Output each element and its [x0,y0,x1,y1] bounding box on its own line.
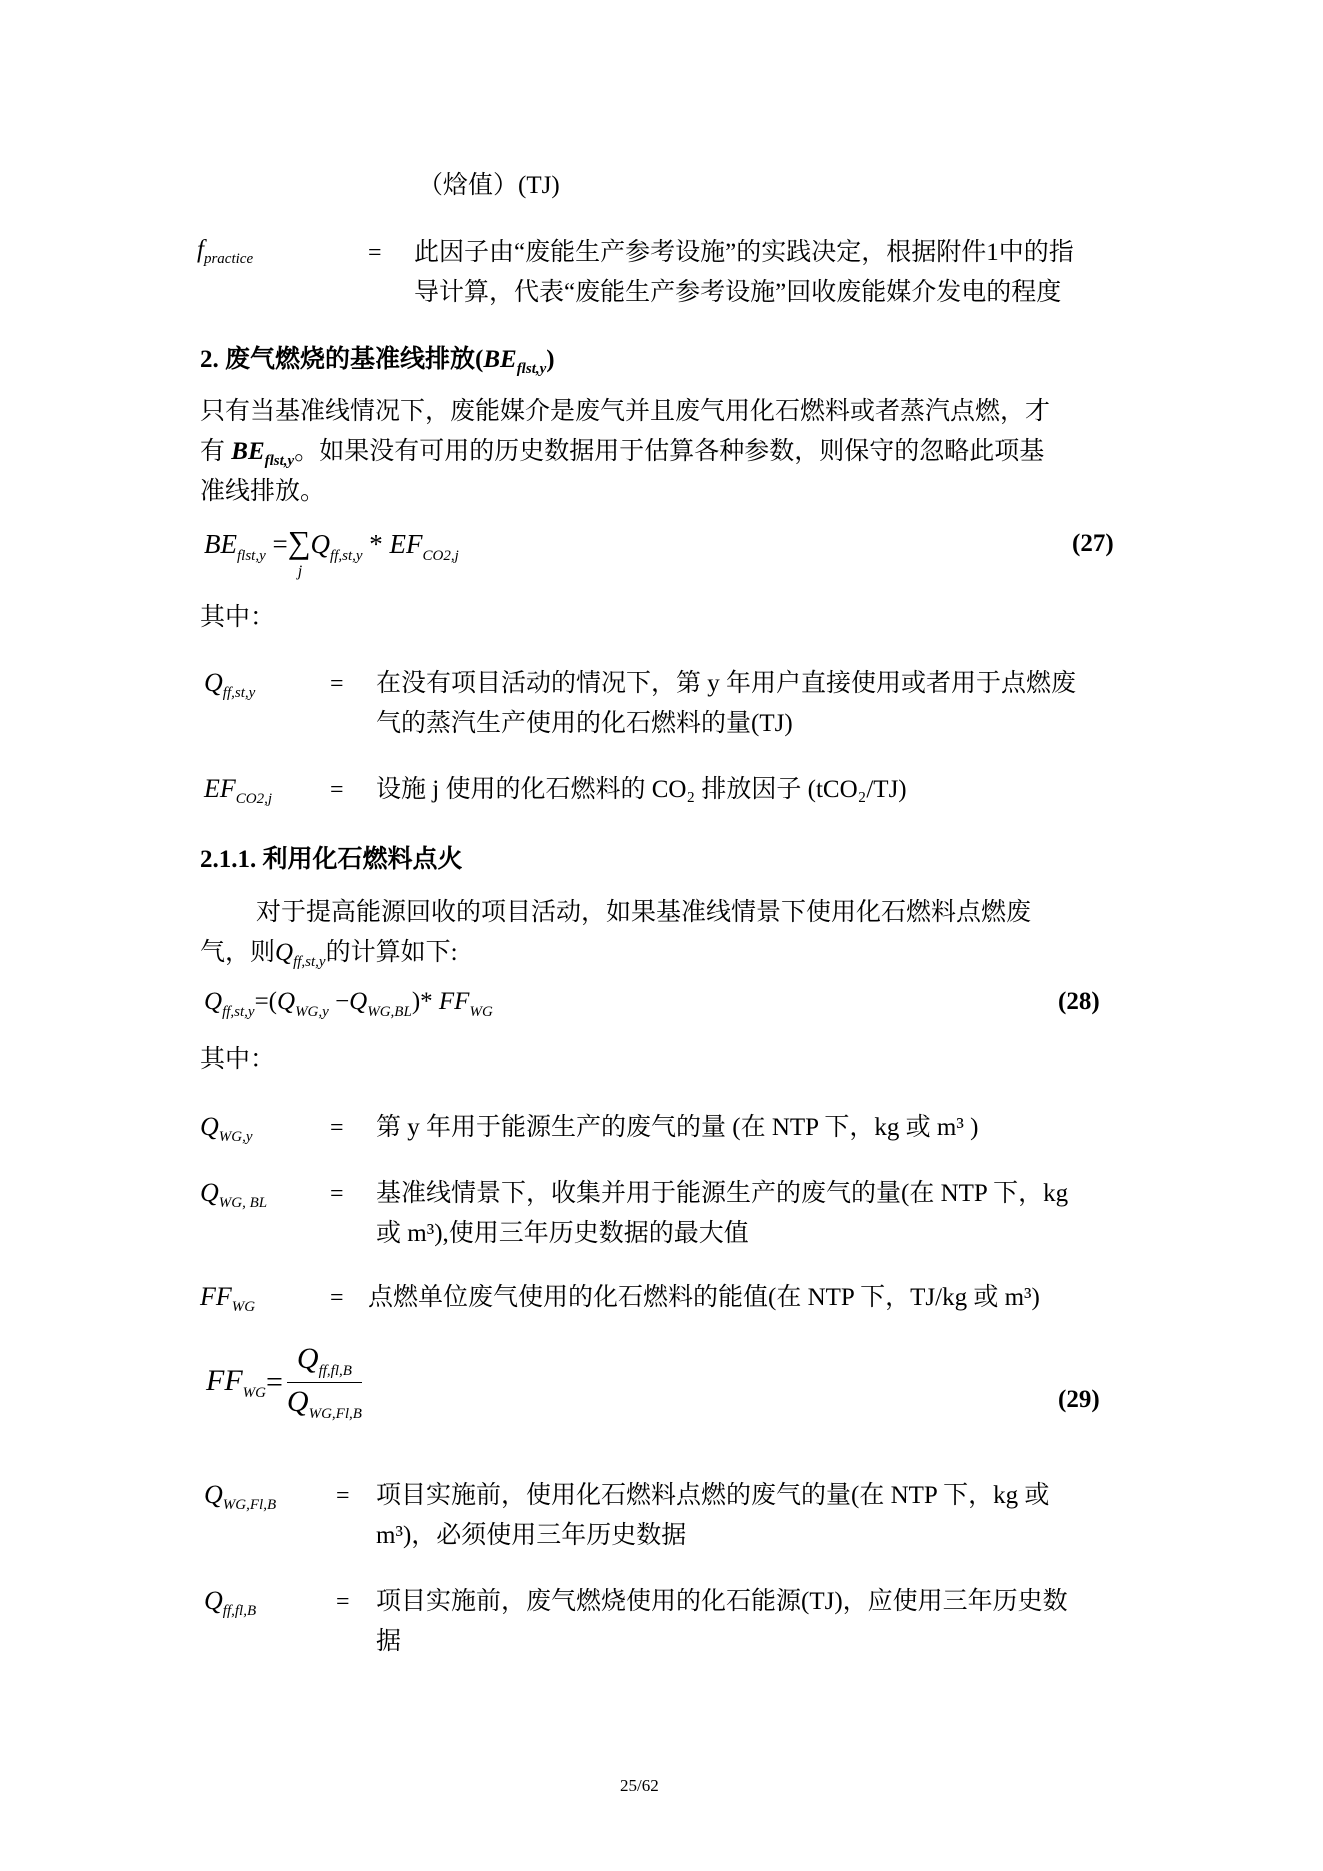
eq-lhs: Q [204,988,222,1015]
eq-lhs: FF [206,1364,243,1397]
where-label: 其中： [200,1040,275,1080]
fraction-denominator: QWG,Fl,B [287,1383,362,1423]
symbol-main: Q [200,1112,219,1141]
text: 气，则 [200,939,275,966]
section-2-para-line1: 只有当基准线情况下，废能媒介是废气并且废气用化石燃料或者蒸汽点燃，才 [200,392,1050,432]
equals-sign: = [330,1108,344,1148]
fraction-numerator: Qff,fl,B [287,1342,362,1383]
sum-symbol: ∑j [288,522,311,562]
symbol-sub: ff,st,y [223,685,256,701]
eq-q-sub: ff,st,y [330,548,363,564]
den-var: Q [287,1385,309,1418]
equals-sign: = [330,1278,344,1318]
equals-sign: = [330,1174,344,1214]
symbol-sub: practice [204,251,253,267]
equation-number-27: (27) [1072,524,1114,564]
section-2-1-1-heading: 2.1.1. 利用化石燃料点火 [200,840,463,880]
section-2-1-1-para-line2: 气，则Qff,st,y的计算如下: [200,933,458,982]
def-line: 点燃单位废气使用的化石燃料的能值(在 NTP 下，TJ/kg 或 m³) [368,1278,1040,1318]
eq-paren: ( [269,988,277,1015]
symbol-main: FF [200,1282,232,1311]
def-line: 设施 j 使用的化石燃料的 CO₂ 排放因子 (tCO₂/TJ) [376,770,907,810]
eq-ef-sub: CO2,j [423,548,459,564]
def-symbol-q-wg-fl-b: QWG,Fl,B [204,1480,276,1514]
def-line: 在没有项目活动的情况下，第 y 年用户直接使用或者用于点燃废 [376,664,1076,704]
section-2-1-1-para-line1: 对于提高能源回收的项目活动，如果基准线情景下使用化石燃料点燃废 [256,893,1031,933]
section-2-para-line2: 有 BEflst,y。如果没有可用的历史数据用于估算各种参数，则保守的忽略此项基 [200,432,1044,481]
eq-lhs-sub: ff,st,y [222,1004,255,1020]
eq-equals: = [266,1366,283,1399]
def-line: 据 [376,1622,401,1662]
symbol-sub: WG,Fl,B [223,1497,276,1513]
eq-times: * [420,988,433,1015]
eq-lhs-sub: flst,y [237,548,266,564]
num-var: Q [297,1342,319,1375]
text: 的计算如下: [326,939,458,966]
def-line: 第 y 年用于能源生产的废气的量 (在 NTP 下，kg 或 m³ ) [376,1108,978,1148]
equals-sign: = [368,233,382,273]
def-line: 或 m³),使用三年历史数据的最大值 [376,1214,749,1254]
eq-q2-sub: WG,BL [367,1004,412,1020]
eq-q1: Q [277,988,295,1015]
eq-q: Q [311,529,331,559]
eq-ff: FF [439,988,470,1015]
symbol-sub: WG, BL [219,1195,267,1211]
eq-q1-sub: WG,y [295,1004,329,1020]
symbol-sub: ff,fl,B [223,1603,256,1619]
equals-sign: = [336,1582,350,1622]
section-2-heading: 2. 废气燃烧的基准线排放(BEflst,y) [200,340,555,389]
sum-index: j [298,552,302,592]
def-symbol-ef-co2-j: EFCO2,j [204,774,272,808]
f-practice-def-line2: 导计算，代表“废能生产参考设施”回收废能媒介发电的程度 [414,273,1061,313]
eq-lhs: BE [204,529,237,559]
symbol-main: EF [204,774,236,803]
equation-29: FFWG=Qff,fl,BQWG,Fl,B [206,1342,362,1423]
def-line: 气的蒸汽生产使用的化石燃料的量(TJ) [376,704,793,744]
text: 有 [200,438,231,465]
equation-28: Qff,st,y=(QWG,y −QWG,BL)* FFWG [204,982,493,1032]
page-number: 25/62 [620,1776,659,1796]
equals-sign: = [336,1476,350,1516]
def-line: 基准线情景下，收集并用于能源生产的废气的量(在 NTP 下，kg [376,1174,1068,1214]
def-line: 项目实施前，使用化石燃料点燃的废气的量(在 NTP 下，kg 或 [376,1476,1049,1516]
fraction: Qff,fl,BQWG,Fl,B [287,1342,362,1423]
equals-sign: = [330,770,344,810]
inline-sub: flst,y [265,453,295,469]
f-practice-def-line1: 此因子由“废能生产参考设施”的实践决定，根据附件1中的指 [414,233,1074,273]
eq-equals: = [273,529,288,559]
eq-minus: − [335,988,349,1015]
equation-number-28: (28) [1058,982,1100,1022]
eq-equals: = [255,988,269,1015]
eq-q2: Q [349,988,367,1015]
where-label: 其中： [200,598,275,638]
eq-ef: EF [390,529,423,559]
eq-lhs-sub: WG [243,1385,266,1401]
def-symbol-ff-wg: FFWG [200,1282,255,1316]
inline-sub: ff,st,y [293,954,326,970]
heading-close: ) [546,346,554,373]
num-sub: ff,fl,B [319,1363,352,1379]
equals-sign: = [330,664,344,704]
inline-var: BE [231,438,264,465]
eq-paren: ) [412,988,420,1015]
def-symbol-q-wg-bl: QWG, BL [200,1178,267,1212]
heading-sub: flst,y [517,361,547,377]
symbol-sub: WG [232,1299,255,1315]
continuation-text: （焓值）(TJ) [418,166,560,206]
eq-lhs-group: FFWG [206,1364,266,1397]
equation-27: BEflst,y =∑jQff,st,y * EFCO2,j [204,522,459,576]
symbol-main: f [197,236,204,263]
eq-times: * [369,529,383,559]
symbol-main: Q [204,1586,223,1615]
symbol-main: Q [204,668,223,697]
inline-var: Q [275,939,293,966]
section-2-para-line3: 准线排放。 [200,472,325,512]
equation-number-29: (29) [1058,1380,1100,1420]
eq-ff-sub: WG [469,1004,492,1020]
heading-text: 2. 废气燃烧的基准线排放( [200,346,483,373]
f-practice-symbol: fpractice [197,236,253,268]
def-line: m³)，必须使用三年历史数据 [376,1516,686,1556]
symbol-main: Q [200,1178,219,1207]
def-symbol-q-ff-fl-b: Qff,fl,B [204,1586,256,1620]
symbol-main: Q [204,1480,223,1509]
symbol-sub: CO2,j [236,791,272,807]
def-symbol-q-ff-st-y: Qff,st,y [204,668,255,702]
den-sub: WG,Fl,B [309,1406,362,1422]
symbol-sub: WG,y [219,1129,253,1145]
text: 。如果没有可用的历史数据用于估算各种参数，则保守的忽略此项基 [294,438,1044,465]
def-line: 项目实施前，废气燃烧使用的化石能源(TJ)，应使用三年历史数 [376,1582,1068,1622]
heading-var: BE [483,346,516,373]
def-symbol-q-wg-y: QWG,y [200,1112,253,1146]
